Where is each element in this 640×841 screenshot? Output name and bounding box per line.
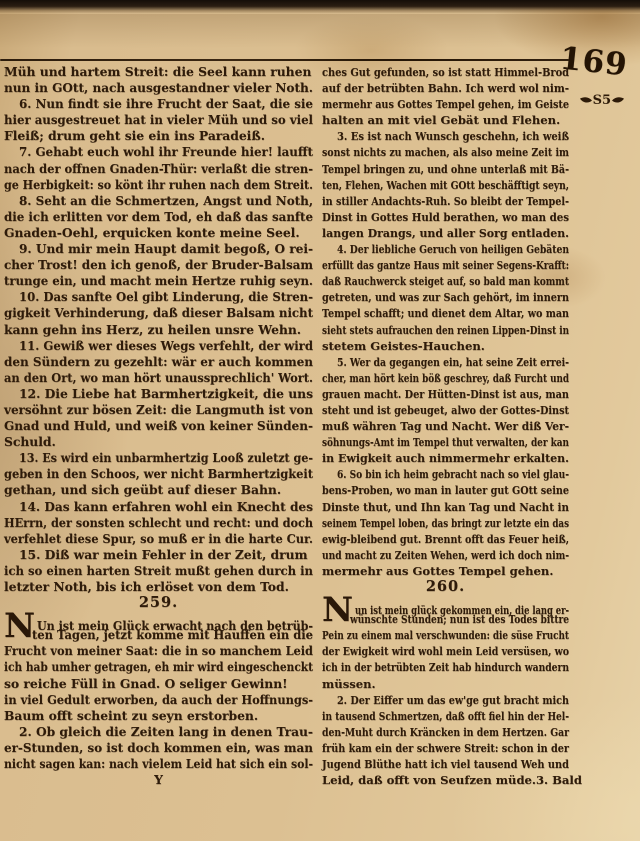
text-line-content: der Ewigkeit wird wohl mein Leid versüse… xyxy=(322,643,569,659)
text-line-content: 11. Gewiß wer dieses Wegs verfehlt, der … xyxy=(19,338,313,354)
text-line: ewig-bleibend gut. Brennt offt das Feuer… xyxy=(322,531,569,547)
text-line: 12. Die Liebe hat Barmhertzigkeit, die u… xyxy=(4,386,313,402)
text-line: stetem Geistes-Hauchen. xyxy=(322,338,569,354)
text-line-content: den-Muht durch Kräncken in dem Hertzen. … xyxy=(322,724,569,740)
text-line: sonst nichts zu machen, als also meine Z… xyxy=(322,144,569,160)
text-line-content: verfehlet diese Spur, so muß er in die h… xyxy=(4,531,313,547)
text-line: 14. Das kann erfahren wohl ein Knecht de… xyxy=(4,499,313,515)
text-line: söhnungs-Amt im Tempel thut verwalten, d… xyxy=(322,434,569,450)
text-line-content: 4. Der liebliche Geruch von heiligen Geb… xyxy=(337,241,569,257)
text-line: ge Herbigkeit: so könt ihr ruhen nach de… xyxy=(4,177,313,193)
text-line: ich hab umher getragen, eh mir wird eing… xyxy=(4,659,313,675)
text-line: und macht zu Zeiten Wehen, werd ich doch… xyxy=(322,547,569,563)
text-line: 6. Nun findt sie ihre Frucht der Saat, d… xyxy=(4,96,313,112)
text-line-content: Tempel schafft; und dienet dem Altar, wo… xyxy=(322,305,569,321)
text-line-content: und macht zu Zeiten Wehen, werd ich doch… xyxy=(322,547,569,563)
text-line-content: ich so einen harten Streit mußt gehen du… xyxy=(4,563,313,579)
text-line-content: 13. Es wird ein unbarmhertzig Looß zulet… xyxy=(19,450,313,466)
text-line-content: daß Rauchwerck steiget auf, so bald man … xyxy=(322,273,569,289)
text-line-content: Tempel bringen zu, und ohne unterlaß mit… xyxy=(322,161,569,177)
text-line: Tempel schafft; und dienet dem Altar, wo… xyxy=(322,305,569,321)
text-line-content: den Sündern zu gezehlt: wär er auch komm… xyxy=(4,354,313,370)
text-line-content: ten Tagen, jetzt komme mit Hauffen ein d… xyxy=(32,627,313,643)
text-line: in Ewigkeit auch nimmermehr erkalten. xyxy=(322,450,569,466)
text-line: Fleiß; drum geht sie ein ins Paradeiß. xyxy=(4,128,313,144)
text-line: Pein zu einem mal verschwunden: die süse… xyxy=(322,627,569,643)
text-line-content: gethan, und sich geübt auf dieser Bahn. xyxy=(4,482,281,498)
text-line: in viel Gedult erworben, da auch der Hof… xyxy=(4,692,313,708)
text-line-content: langen Drangs, und aller Sorg entladen. xyxy=(322,225,569,241)
text-line-content: cher, man hört kein böß geschrey, daß Fu… xyxy=(322,370,569,386)
text-line: verfehlet diese Spur, so muß er in die h… xyxy=(4,531,313,547)
text-line: mermehr aus Gottes Tempel gehen. xyxy=(322,563,569,579)
text-line-content: 10. Das sanfte Oel gibt Linderung, die S… xyxy=(19,289,313,305)
text-line-content: sieht stets aufrauchen den reinen Lippen… xyxy=(322,322,569,338)
text-line-content: ich hab umher getragen, eh mir wird eing… xyxy=(4,659,313,675)
text-line: nun in GOtt, nach ausgestandner vieler N… xyxy=(4,80,313,96)
text-line-content: ich in der betrübten Zeit hab hindurch w… xyxy=(322,659,569,675)
text-line: hier ausgestreuet hat in vieler Müh und … xyxy=(4,112,313,128)
text-line: so reiche Füll in Gnad. O seliger Gewinn… xyxy=(4,676,313,692)
text-line-content: muß währen Tag und Nacht. Wer diß Ver- xyxy=(322,418,569,434)
text-line: gethan, und sich geübt auf dieser Bahn. xyxy=(4,482,313,498)
text-line: halten an mit viel Gebät und Flehen. xyxy=(322,112,569,128)
text-line-content: 12. Die Liebe hat Barmhertzigkeit, die u… xyxy=(19,386,313,402)
text-line: grauen macht. Der Hütten-Dinst ist aus, … xyxy=(322,386,569,402)
text-line-content: hier ausgestreuet hat in vieler Müh und … xyxy=(4,112,313,128)
text-line-content: Baum offt scheint zu seyn erstorben. xyxy=(4,708,258,724)
text-line: auf der betrübten Bahn. Ich werd wol nim… xyxy=(322,80,569,96)
signature-mark-label: S5 xyxy=(593,93,611,108)
text-line: kann gehn ins Herz, zu heilen unsre Wehn… xyxy=(4,322,313,338)
section-heading-label: 259. xyxy=(139,594,178,611)
text-line: ich so einen harten Streit mußt gehen du… xyxy=(4,563,313,579)
text-line: müssen. xyxy=(322,676,569,692)
text-line-content: 2. Ob gleich die Zeiten lang in denen Tr… xyxy=(19,724,313,740)
text-line: 6. So bin ich heim gebracht nach so viel… xyxy=(322,466,569,482)
text-line: cher, man hört kein böß geschrey, daß Fu… xyxy=(322,370,569,386)
text-line-content: 15. Diß war mein Fehler in der Zeit, dru… xyxy=(19,547,308,563)
text-line-content: halten an mit viel Gebät und Flehen. xyxy=(322,112,560,128)
text-line-content: ewig-bleibend gut. Brennt offt das Feuer… xyxy=(322,531,569,547)
text-line: er-Stunden, so ist doch kommen ein, was … xyxy=(4,740,313,756)
text-line: 5. Wer da gegangen ein, hat seine Zeit e… xyxy=(322,354,569,370)
text-line: letzter Noth, bis ich erlöset von dem To… xyxy=(4,579,313,595)
text-line-content: letzter Noth, bis ich erlöset von dem To… xyxy=(4,579,289,595)
text-line-content: seinem Tempel loben, das bringt zur letz… xyxy=(322,515,569,531)
text-line-content: steht und ist gebeuget, alwo der Gottes-… xyxy=(322,402,569,418)
text-line-content: versöhnt zur bösen Zeit: die Langmuth is… xyxy=(4,402,313,418)
text-line-content: grauen macht. Der Hütten-Dinst ist aus, … xyxy=(322,386,569,402)
text-line-content: Jugend Blüthe hatt ich viel tausend Weh … xyxy=(322,756,569,772)
text-line-content: ches Gut gefunden, so ist statt Himmel-B… xyxy=(322,64,569,80)
text-line-content: kann gehn ins Herz, zu heilen unsre Wehn… xyxy=(4,322,301,338)
left-text-column: Müh und hartem Streit: die Seel kann ruh… xyxy=(4,64,313,788)
text-line-content: Gnad und Huld, und weiß von keiner Sünde… xyxy=(4,418,313,434)
text-line-content: in Ewigkeit auch nimmermehr erkalten. xyxy=(322,450,569,466)
text-line: cher Trost! den ich genoß, der Bruder-Ba… xyxy=(4,257,313,273)
text-line-content: 2. Der Eiffer um das ew'ge gut bracht mi… xyxy=(337,692,569,708)
text-line-content: 5. Wer da gegangen ein, hat seine Zeit e… xyxy=(337,354,569,370)
text-line-content: erfüllt das gantze Haus mit seiner Segen… xyxy=(322,257,569,273)
text-line: 13. Es wird ein unbarmhertzig Looß zulet… xyxy=(4,450,313,466)
text-line: wünschte Stunden; nun ist des Todes bitt… xyxy=(322,611,569,627)
text-line: 15. Diß war mein Fehler in der Zeit, dru… xyxy=(4,547,313,563)
text-line-content: cher Trost! den ich genoß, der Bruder-Ba… xyxy=(4,257,313,273)
text-line: Schuld. xyxy=(4,434,313,450)
text-line: daß Rauchwerck steiget auf, so bald man … xyxy=(322,273,569,289)
text-line: Gnaden-Oehl, erquicken konte meine Seel. xyxy=(4,225,313,241)
text-line: bens-Proben, wo man in lauter gut GOtt s… xyxy=(322,482,569,498)
text-line: steht und ist gebeuget, alwo der Gottes-… xyxy=(322,402,569,418)
text-line-content: Frucht von meiner Saat: die in so manche… xyxy=(4,643,313,659)
text-line-content: mermehr aus Gottes Tempel gehen. xyxy=(322,563,553,579)
text-line-content: nicht sagen kan: nach vielem Leid hat si… xyxy=(4,756,313,772)
text-line: den-Muht durch Kräncken in dem Hertzen. … xyxy=(322,724,569,740)
text-line: ten, Flehen, Wachen mit GOtt beschäfftig… xyxy=(322,177,569,193)
text-line-content: geben in den Schoos, wer nicht Barmhertz… xyxy=(4,466,313,482)
section-heading: 259. xyxy=(4,595,313,611)
text-line-content: 6. Nun findt sie ihre Frucht der Saat, d… xyxy=(19,96,313,112)
text-line-content: auf der betrübten Bahn. Ich werd wol nim… xyxy=(322,80,569,96)
text-line: Tempel bringen zu, und ohne unterlaß mit… xyxy=(322,161,569,177)
text-line: Baum offt scheint zu seyn erstorben. xyxy=(4,708,313,724)
text-line: langen Drangs, und aller Sorg entladen. xyxy=(322,225,569,241)
text-line: getreten, und was zur Sach gehört, im in… xyxy=(322,289,569,305)
text-line-content: Dinst in Gottes Huld berathen, wo man de… xyxy=(322,209,569,225)
text-line-content: Leid, daß offt von Seufzen müde. xyxy=(322,772,536,788)
page-number: 169 xyxy=(559,41,630,84)
text-line-content: 9. Und mir mein Haupt damit begoß, O rei… xyxy=(19,241,313,257)
text-line: Müh und hartem Streit: die Seel kann ruh… xyxy=(4,64,313,80)
text-line: in stiller Andachts-Ruh. So bleibt der T… xyxy=(322,193,569,209)
text-line: gigkeit Verhinderung, daß dieser Balsam … xyxy=(4,305,313,321)
text-line: erfüllt das gantze Haus mit seiner Segen… xyxy=(322,257,569,273)
text-line-content: gigkeit Verhinderung, daß dieser Balsam … xyxy=(4,305,313,321)
text-line-content: früh kam ein der schwere Streit: schon i… xyxy=(322,740,569,756)
text-line-content: trunge ein, und macht mein Hertze ruhig … xyxy=(4,273,313,289)
catchword: 3. Bald xyxy=(536,772,582,788)
leaf-ornament-right xyxy=(612,96,624,105)
text-line: seinem Tempel loben, das bringt zur letz… xyxy=(322,515,569,531)
text-line-content: getreten, und was zur Sach gehört, im in… xyxy=(322,289,569,305)
text-line: trunge ein, und macht mein Hertze ruhig … xyxy=(4,273,313,289)
text-line: Frucht von meiner Saat: die in so manche… xyxy=(4,643,313,659)
text-line-content: in stiller Andachts-Ruh. So bleibt der T… xyxy=(322,193,569,209)
text-line: Dinste thut, und Ihn kan Tag und Nacht i… xyxy=(322,499,569,515)
text-line: den Sündern zu gezehlt: wär er auch komm… xyxy=(4,354,313,370)
text-line-content: 14. Das kann erfahren wohl ein Knecht de… xyxy=(19,499,313,515)
text-line: 2. Ob gleich die Zeiten lang in denen Tr… xyxy=(4,724,313,740)
text-line: 3. Es ist nach Wunsch geschehn, ich weiß xyxy=(322,128,569,144)
text-line-content: 3. Es ist nach Wunsch geschehn, ich weiß xyxy=(337,128,569,144)
text-line-content: 7. Gehabt euch wohl ihr Freunde hier! la… xyxy=(19,144,313,160)
text-line-content: 6. So bin ich heim gebracht nach so viel… xyxy=(337,466,569,482)
text-line: Nun ist mein glück gekommen ein, die lan… xyxy=(322,595,569,611)
text-line-content: nun in GOtt, nach ausgestandner vieler N… xyxy=(4,80,313,96)
section-heading: 260. xyxy=(322,579,569,595)
text-line: nicht sagen kan: nach vielem Leid hat si… xyxy=(4,756,313,772)
text-line: ten Tagen, jetzt komme mit Hauffen ein d… xyxy=(4,627,313,643)
signature-mark: S5 xyxy=(580,93,624,108)
text-line: nach der offnen Gnaden-Thür: verlaßt die… xyxy=(4,161,313,177)
page-top-shading xyxy=(0,14,640,48)
text-line: die ich erlitten vor dem Tod, eh daß das… xyxy=(4,209,313,225)
text-line: 4. Der liebliche Geruch von heiligen Geb… xyxy=(322,241,569,257)
catchword-line: Y xyxy=(4,772,313,788)
text-line: in tausend Schmertzen, daß offt fiel hin… xyxy=(322,708,569,724)
text-line: versöhnt zur bösen Zeit: die Langmuth is… xyxy=(4,402,313,418)
catchword: Y xyxy=(154,772,163,787)
text-line: 2. Der Eiffer um das ew'ge gut bracht mi… xyxy=(322,692,569,708)
text-line: mermehr aus Gottes Tempel gehen, im Geis… xyxy=(322,96,569,112)
text-line-content: söhnungs-Amt im Tempel thut verwalten, d… xyxy=(322,434,569,450)
text-line-content: Fleiß; drum geht sie ein ins Paradeiß. xyxy=(4,128,265,144)
text-line-content: ten, Flehen, Wachen mit GOtt beschäfftig… xyxy=(322,177,569,193)
text-line: ich in der betrübten Zeit hab hindurch w… xyxy=(322,659,569,675)
text-line: 11. Gewiß wer dieses Wegs verfehlt, der … xyxy=(4,338,313,354)
text-line-content: wünschte Stunden; nun ist des Todes bitt… xyxy=(350,611,569,627)
text-line: sieht stets aufrauchen den reinen Lippen… xyxy=(322,322,569,338)
text-line-content: die ich erlitten vor dem Tod, eh daß das… xyxy=(4,209,313,225)
text-line: HErrn, der sonsten schlecht und recht: u… xyxy=(4,515,313,531)
text-line-content: an den Ort, wo man hört unaussprechlich'… xyxy=(4,370,313,386)
text-line: ches Gut gefunden, so ist statt Himmel-B… xyxy=(322,64,569,80)
section-heading-label: 260. xyxy=(426,578,465,595)
text-line-content: Müh und hartem Streit: die Seel kann ruh… xyxy=(4,64,311,80)
text-line-content: stetem Geistes-Hauchen. xyxy=(322,338,485,354)
text-line: NUn ist mein Glück erwacht nach den betr… xyxy=(4,611,313,627)
text-line-content: so reiche Füll in Gnad. O seliger Gewinn… xyxy=(4,676,288,692)
header-rule xyxy=(0,59,569,61)
text-line-content: bens-Proben, wo man in lauter gut GOtt s… xyxy=(322,482,569,498)
text-line: geben in den Schoos, wer nicht Barmhertz… xyxy=(4,466,313,482)
text-line-content: mermehr aus Gottes Tempel gehen, im Geis… xyxy=(322,96,569,112)
text-line-content: in viel Gedult erworben, da auch der Hof… xyxy=(4,692,313,708)
text-line: der Ewigkeit wird wohl mein Leid versüse… xyxy=(322,643,569,659)
text-line-content: in tausend Schmertzen, daß offt fiel hin… xyxy=(322,708,569,724)
text-line: 7. Gehabt euch wohl ihr Freunde hier! la… xyxy=(4,144,313,160)
text-line-content: HErrn, der sonsten schlecht und recht: u… xyxy=(4,515,313,531)
text-line: an den Ort, wo man hört unaussprechlich'… xyxy=(4,370,313,386)
text-line-content: Pein zu einem mal verschwunden: die süse… xyxy=(322,627,569,643)
text-line-content: Dinste thut, und Ihn kan Tag und Nacht i… xyxy=(322,499,569,515)
text-line: Leid, daß offt von Seufzen müde.3. Bald xyxy=(322,772,569,788)
leaf-ornament-left xyxy=(580,96,592,105)
right-text-column: ches Gut gefunden, so ist statt Himmel-B… xyxy=(322,64,569,788)
text-line-content: 8. Seht an die Schmertzen, Angst und Not… xyxy=(19,193,313,209)
text-line-content: er-Stunden, so ist doch kommen ein, was … xyxy=(4,740,313,756)
text-line: Gnad und Huld, und weiß von keiner Sünde… xyxy=(4,418,313,434)
text-line: 9. Und mir mein Haupt damit begoß, O rei… xyxy=(4,241,313,257)
text-line: 10. Das sanfte Oel gibt Linderung, die S… xyxy=(4,289,313,305)
book-top-edge xyxy=(0,0,640,14)
text-line: Dinst in Gottes Huld berathen, wo man de… xyxy=(322,209,569,225)
text-line: 8. Seht an die Schmertzen, Angst und Not… xyxy=(4,193,313,209)
text-line: muß währen Tag und Nacht. Wer diß Ver- xyxy=(322,418,569,434)
text-line-content: ge Herbigkeit: so könt ihr ruhen nach de… xyxy=(4,177,313,193)
text-line-content: Gnaden-Oehl, erquicken konte meine Seel. xyxy=(4,225,300,241)
text-line: früh kam ein der schwere Streit: schon i… xyxy=(322,740,569,756)
text-line-content: müssen. xyxy=(322,676,376,692)
text-line-content: sonst nichts zu machen, als also meine Z… xyxy=(322,144,569,160)
text-line-content: nach der offnen Gnaden-Thür: verlaßt die… xyxy=(4,161,313,177)
text-line: Jugend Blüthe hatt ich viel tausend Weh … xyxy=(322,756,569,772)
text-line-content: Schuld. xyxy=(4,434,56,450)
